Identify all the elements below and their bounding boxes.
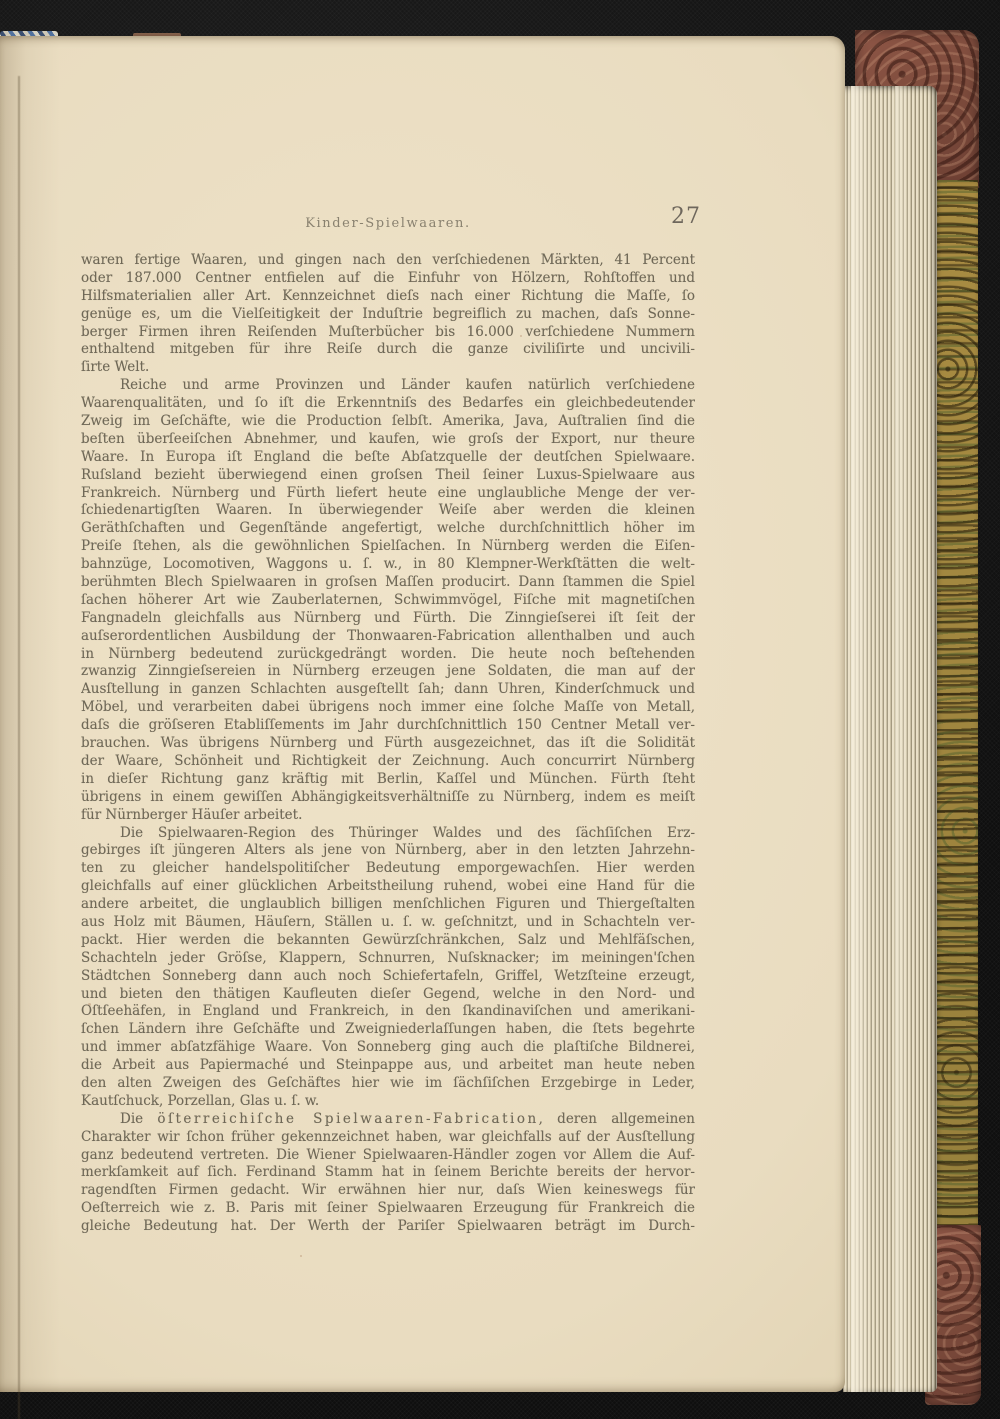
text-line: aus Holz mit Bäumen, Häuſern, Ställen u.…	[81, 914, 695, 932]
text-line: in dieſer Richtung ganz kräftig mit Berl…	[81, 771, 695, 789]
text-line: gebirges iſt jüngeren Alters als jene vo…	[81, 842, 695, 860]
text-line: ſirte Welt.	[81, 359, 695, 377]
scanned-book-photo: Kinder-Spielwaaren. 27 waren fertige Waa…	[0, 0, 1000, 1419]
text-segment: Die	[120, 1111, 157, 1127]
text-line: für Nürnberger Häuſer arbeitet.	[81, 807, 695, 825]
text-line: Städtchen Sonneberg dann auch noch Schie…	[81, 968, 695, 986]
book-page: Kinder-Spielwaaren. 27 waren fertige Waa…	[0, 36, 845, 1392]
text-line: und immer abſatzfähige Waare. Von Sonneb…	[81, 1039, 695, 1057]
paragraph: Die Spielwaaren-Region des Thüringer Wal…	[81, 825, 695, 1111]
page-title: Kinder-Spielwaaren.	[81, 212, 695, 231]
text-segment: , deren allgemeinen	[539, 1111, 695, 1127]
text-line: und bieten den thätigen Kaufleuten dieſe…	[81, 986, 695, 1004]
text-line: berger Firmen ihren Reiſenden Muſterbüch…	[81, 324, 695, 342]
text-line: übrigens in einem gewiſſen Abhängigkeits…	[81, 789, 695, 807]
text-line: ten zu gleicher handelspolitiſcher Bedeu…	[81, 860, 695, 878]
text-line: Kautſchuck, Porzellan, Glas u. ſ. w.	[81, 1093, 695, 1111]
text-line: merkſamkeit auf ſich. Ferdinand Stamm ha…	[81, 1164, 695, 1182]
text-line: Oeſterreich wie z. B. Paris mit ſeiner S…	[81, 1200, 695, 1218]
text-line: Die Spielwaaren-Region des Thüringer Wal…	[81, 825, 695, 843]
text-line: ſchen Ländern ihre Geſchäfte und Zweigni…	[81, 1021, 695, 1039]
text-line: zwanzig Zinngieſsereien in Nürnberg erze…	[81, 663, 695, 681]
text-line: brauchen. Was übrigens Nürnberg und Fürt…	[81, 735, 695, 753]
text-line: enthaltend mitgeben für ihre Reiſe durch…	[81, 341, 695, 359]
text-line: andere arbeitet, die unglaublich billige…	[81, 896, 695, 914]
text-line: auſserordentlichen Ausbildung der Thonwa…	[81, 628, 695, 646]
letterspaced-phrase: öſterreichiſche Spielwaaren-Fabrication	[157, 1111, 538, 1127]
text-line: Fangnadeln gleichfalls aus Nürnberg und …	[81, 610, 695, 628]
text-line: der Waare, Schönheit und Richtigkeit der…	[81, 753, 695, 771]
text-line: Waarenqualitäten, und ſo iſt die Erkennt…	[81, 395, 695, 413]
gutter-fold-line	[18, 76, 20, 1419]
text-line: ſchiedenartigſten Waaren. In überwiegend…	[81, 502, 695, 520]
text-line: berühmten Blech Spielwaaren in groſsen M…	[81, 574, 695, 592]
text-line: Oſtſeehäfen, in England und Frankreich, …	[81, 1003, 695, 1021]
text-line: Möbel, und verarbeiten dabei übrigens no…	[81, 699, 695, 717]
text-block: Kinder-Spielwaaren. 27 waren fertige Waa…	[81, 212, 695, 1236]
page-number: 27	[671, 204, 701, 229]
text-line: gleichfalls auf einer glücklichen Arbeit…	[81, 878, 695, 896]
text-line: waren fertige Waaren, und gingen nach de…	[81, 252, 695, 270]
text-line: Hilfsmaterialien aller Art. Kennzeichnet…	[81, 288, 695, 306]
text-line: Preiſe ſtehen, als die gewöhnlichen Spie…	[81, 538, 695, 556]
text-line: in Nürnberg bedeutend zurückgedrängt wor…	[81, 646, 695, 664]
text-line: genüge es, um die Vielſeitigkeit der Ind…	[81, 306, 695, 324]
text-line: den alten Zweigen des Geſchäftes hier wi…	[81, 1075, 695, 1093]
text-line: Reiche und arme Provinzen und Länder kau…	[81, 377, 695, 395]
body-text: waren fertige Waaren, und gingen nach de…	[81, 252, 695, 1236]
paragraph: Die öſterreichiſche Spielwaaren-Fabricat…	[81, 1111, 695, 1236]
paragraph: waren fertige Waaren, und gingen nach de…	[81, 252, 695, 377]
text-line: packt. Hier werden die bekannten Gewürzſ…	[81, 932, 695, 950]
text-line: Waare. In Europa iſt England die beſte A…	[81, 449, 695, 467]
text-line: gleiche Bedeutung hat. Der Werth der Par…	[81, 1218, 695, 1236]
text-line: Geräthſchaften und Gegenſtände angeferti…	[81, 520, 695, 538]
text-line: ragendſten Firmen gedacht. Wir erwähnen …	[81, 1182, 695, 1200]
text-line: Schachteln jeder Gröſse, Klappern, Schnu…	[81, 950, 695, 968]
marbled-cover-edge	[935, 180, 978, 1230]
paragraph: Reiche und arme Provinzen und Länder kau…	[81, 377, 695, 824]
paper-speck	[300, 1255, 302, 1257]
text-line: Charakter wir ſchon früher gekennzeichne…	[81, 1129, 695, 1147]
text-line: beſten überſeeiſchen Abnehmer, und kaufe…	[81, 431, 695, 449]
text-line: oder 187.000 Centner entfielen auf die E…	[81, 270, 695, 288]
text-line: Die öſterreichiſche Spielwaaren-Fabricat…	[81, 1111, 695, 1129]
text-line: daſs die gröſseren Etabliſſements im Jah…	[81, 717, 695, 735]
text-line: die Arbeit aus Papiermaché und Steinpapp…	[81, 1057, 695, 1075]
fore-edge-page-stack	[843, 86, 937, 1392]
text-line: Ausſtellung in ganzen Schlachten ausgeſt…	[81, 681, 695, 699]
text-line: ſachen höherer Art wie Zauberlaternen, S…	[81, 592, 695, 610]
text-line: Frankreich. Nürnberg und Fürth liefert h…	[81, 485, 695, 503]
running-head: Kinder-Spielwaaren. 27	[81, 212, 695, 252]
text-line: Zweig im Geſchäfte, wie die Production ſ…	[81, 413, 695, 431]
text-line: ganz bedeutend vertreten. Die Wiener Spi…	[81, 1147, 695, 1165]
text-line: bahnzüge, Locomotiven, Waggons u. ſ. w.,…	[81, 556, 695, 574]
text-line: Ruſsland bezieht überwiegend einen groſs…	[81, 467, 695, 485]
